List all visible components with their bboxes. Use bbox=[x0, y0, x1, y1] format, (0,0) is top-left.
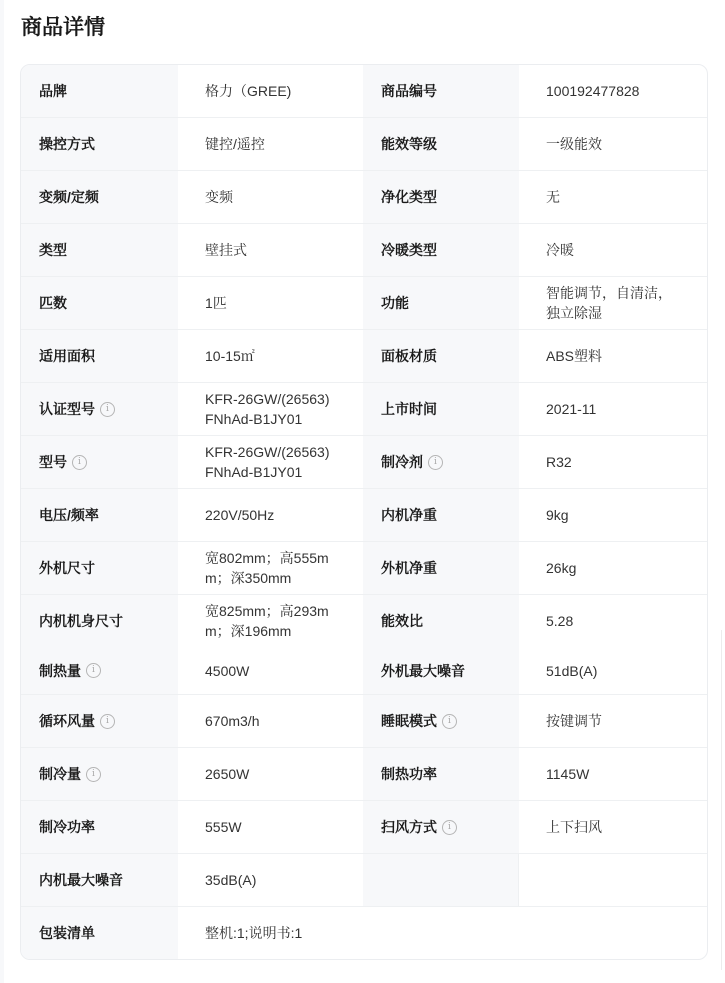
page-edge bbox=[0, 0, 4, 983]
spec-value: 100192477828 bbox=[519, 65, 707, 117]
spec-value: 上下扫风 bbox=[519, 801, 707, 853]
spec-row: 内机最大噪音 35dB(A) bbox=[21, 854, 707, 907]
spec-row: 类型 壁挂式 冷暖类型 冷暖 bbox=[21, 224, 707, 277]
spec-label: 面板材质 bbox=[363, 330, 519, 382]
info-icon[interactable]: i bbox=[428, 455, 443, 470]
spec-label: 匹数 bbox=[21, 277, 178, 329]
spec-value: 9kg bbox=[519, 489, 707, 541]
spec-row: 内机机身尺寸 宽825mm；高293mm；深196mm 能效比 5.28 bbox=[21, 595, 707, 647]
spec-value: 按键调节 bbox=[519, 695, 707, 747]
spec-row: 电压/频率 220V/50Hz 内机净重 9kg bbox=[21, 489, 707, 542]
spec-value-empty bbox=[519, 854, 707, 906]
info-icon[interactable]: i bbox=[100, 714, 115, 729]
info-icon[interactable]: i bbox=[442, 714, 457, 729]
spec-value: 26kg bbox=[519, 542, 707, 594]
spec-value: 键控/遥控 bbox=[178, 118, 363, 170]
spec-label: 循环风量i bbox=[21, 695, 178, 747]
spec-label: 外机尺寸 bbox=[21, 542, 178, 594]
spec-label: 外机净重 bbox=[363, 542, 519, 594]
spec-value: ABS塑料 bbox=[519, 330, 707, 382]
spec-label: 电压/频率 bbox=[21, 489, 178, 541]
spec-row: 外机尺寸 宽802mm；高555mm；深350mm 外机净重 26kg bbox=[21, 542, 707, 595]
spec-value: R32 bbox=[519, 436, 707, 488]
spec-label: 睡眠模式i bbox=[363, 695, 519, 747]
spec-label: 认证型号i bbox=[21, 383, 178, 435]
spec-label: 商品编号 bbox=[363, 65, 519, 117]
info-icon[interactable]: i bbox=[72, 455, 87, 470]
spec-row: 适用面积 10-15㎡ 面板材质 ABS塑料 bbox=[21, 330, 707, 383]
spec-label: 类型 bbox=[21, 224, 178, 276]
spec-value: 一级能效 bbox=[519, 118, 707, 170]
info-icon[interactable]: i bbox=[100, 402, 115, 417]
spec-table: 品牌 格力（GREE) 商品编号 100192477828 操控方式 键控/遥控… bbox=[20, 64, 708, 960]
spec-label: 变频/定频 bbox=[21, 171, 178, 223]
spec-value: 4500W bbox=[178, 647, 363, 694]
spec-value: 35dB(A) bbox=[178, 854, 363, 906]
spec-value: 壁挂式 bbox=[178, 224, 363, 276]
spec-label: 能效等级 bbox=[363, 118, 519, 170]
spec-row: 型号i KFR-26GW/(26563)FNhAd-B1JY01 制冷剂i R3… bbox=[21, 436, 707, 489]
spec-label: 制热功率 bbox=[363, 748, 519, 800]
spec-label: 制热量i bbox=[21, 647, 178, 694]
spec-label: 能效比 bbox=[363, 595, 519, 647]
spec-label: 内机最大噪音 bbox=[21, 854, 178, 906]
spec-value: 智能调节，自清洁，独立除湿 bbox=[519, 277, 707, 329]
spec-row: 制冷功率 555W 扫风方式i 上下扫风 bbox=[21, 801, 707, 854]
spec-label-empty bbox=[363, 854, 519, 906]
spec-value: 整机:1;说明书:1 bbox=[178, 907, 707, 959]
spec-value: 宽825mm；高293mm；深196mm bbox=[178, 595, 363, 647]
spec-row: 循环风量i 670m3/h 睡眠模式i 按键调节 bbox=[21, 695, 707, 748]
spec-value: 无 bbox=[519, 171, 707, 223]
spec-label: 扫风方式i bbox=[363, 801, 519, 853]
spec-label: 外机最大噪音 bbox=[363, 647, 519, 694]
spec-value: 冷暖 bbox=[519, 224, 707, 276]
spec-label: 品牌 bbox=[21, 65, 178, 117]
info-icon[interactable]: i bbox=[442, 820, 457, 835]
spec-value: 1145W bbox=[519, 748, 707, 800]
spec-row: 操控方式 键控/遥控 能效等级 一级能效 bbox=[21, 118, 707, 171]
spec-label: 冷暖类型 bbox=[363, 224, 519, 276]
spec-label: 制冷功率 bbox=[21, 801, 178, 853]
spec-row: 品牌 格力（GREE) 商品编号 100192477828 bbox=[21, 65, 707, 118]
spec-row: 制热量i 4500W 外机最大噪音 51dB(A) bbox=[21, 647, 707, 695]
page-title: 商品详情 bbox=[21, 14, 105, 42]
spec-label: 内机净重 bbox=[363, 489, 519, 541]
spec-label: 型号i bbox=[21, 436, 178, 488]
spec-value: 670m3/h bbox=[178, 695, 363, 747]
info-icon[interactable]: i bbox=[86, 767, 101, 782]
spec-value: 555W bbox=[178, 801, 363, 853]
spec-label: 制冷量i bbox=[21, 748, 178, 800]
spec-value: KFR-26GW/(26563)FNhAd-B1JY01 bbox=[178, 436, 363, 488]
scrollbar-track bbox=[721, 630, 722, 970]
spec-label: 功能 bbox=[363, 277, 519, 329]
spec-row: 匹数 1匹 功能 智能调节，自清洁，独立除湿 bbox=[21, 277, 707, 330]
spec-label: 制冷剂i bbox=[363, 436, 519, 488]
spec-row: 包装清单 整机:1;说明书:1 bbox=[21, 907, 707, 959]
spec-label: 包装清单 bbox=[21, 907, 178, 959]
spec-label: 操控方式 bbox=[21, 118, 178, 170]
spec-label: 适用面积 bbox=[21, 330, 178, 382]
spec-label: 内机机身尺寸 bbox=[21, 595, 178, 647]
spec-value: 变频 bbox=[178, 171, 363, 223]
spec-value: 格力（GREE) bbox=[178, 65, 363, 117]
spec-value: 220V/50Hz bbox=[178, 489, 363, 541]
spec-value: KFR-26GW/(26563)FNhAd-B1JY01 bbox=[178, 383, 363, 435]
spec-row: 认证型号i KFR-26GW/(26563)FNhAd-B1JY01 上市时间 … bbox=[21, 383, 707, 436]
spec-value: 2021-11 bbox=[519, 383, 707, 435]
spec-value: 5.28 bbox=[519, 595, 707, 647]
spec-row: 变频/定频 变频 净化类型 无 bbox=[21, 171, 707, 224]
info-icon[interactable]: i bbox=[86, 663, 101, 678]
spec-value: 2650W bbox=[178, 748, 363, 800]
spec-value: 10-15㎡ bbox=[178, 330, 363, 382]
spec-row: 制冷量i 2650W 制热功率 1145W bbox=[21, 748, 707, 801]
spec-value: 51dB(A) bbox=[519, 647, 707, 694]
spec-label: 上市时间 bbox=[363, 383, 519, 435]
spec-value: 宽802mm；高555mm；深350mm bbox=[178, 542, 363, 594]
spec-label: 净化类型 bbox=[363, 171, 519, 223]
spec-value: 1匹 bbox=[178, 277, 363, 329]
